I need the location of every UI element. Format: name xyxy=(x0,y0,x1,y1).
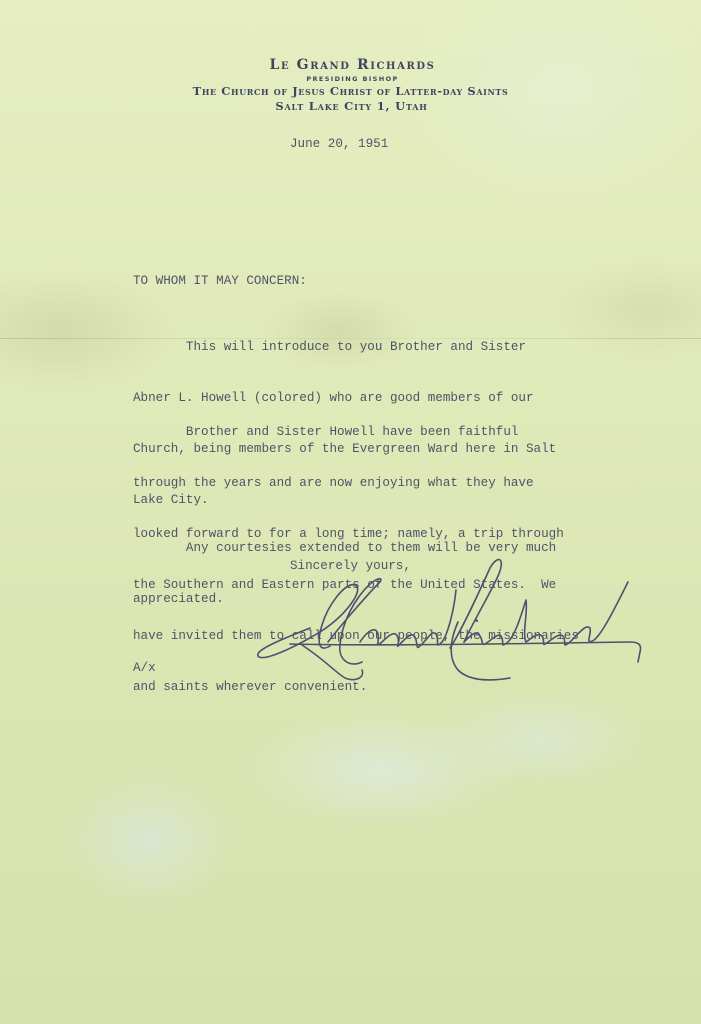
body-line: Brother and Sister Howell have been fait… xyxy=(133,424,579,441)
body-line: This will introduce to you Brother and S… xyxy=(133,339,556,356)
letterhead-address: Salt Lake City 1, Utah xyxy=(2,99,701,114)
body-line: through the years and are now enjoying w… xyxy=(133,475,579,492)
letterhead-name: Le Grand Richards xyxy=(4,56,701,74)
signature-image xyxy=(250,550,650,685)
letterhead: Le Grand Richards PRESIDING BISHOP The C… xyxy=(0,56,701,114)
reference-initials: A/x xyxy=(133,660,156,677)
letterhead-organization: The Church of Jesus Christ of Latter-day… xyxy=(0,84,701,99)
letter-date: June 20, 1951 xyxy=(290,136,388,153)
salutation: TO WHOM IT MAY CONCERN: xyxy=(133,273,307,290)
letterhead-title: PRESIDING BISHOP xyxy=(4,74,701,84)
letter-page: Le Grand Richards PRESIDING BISHOP The C… xyxy=(0,0,701,1024)
